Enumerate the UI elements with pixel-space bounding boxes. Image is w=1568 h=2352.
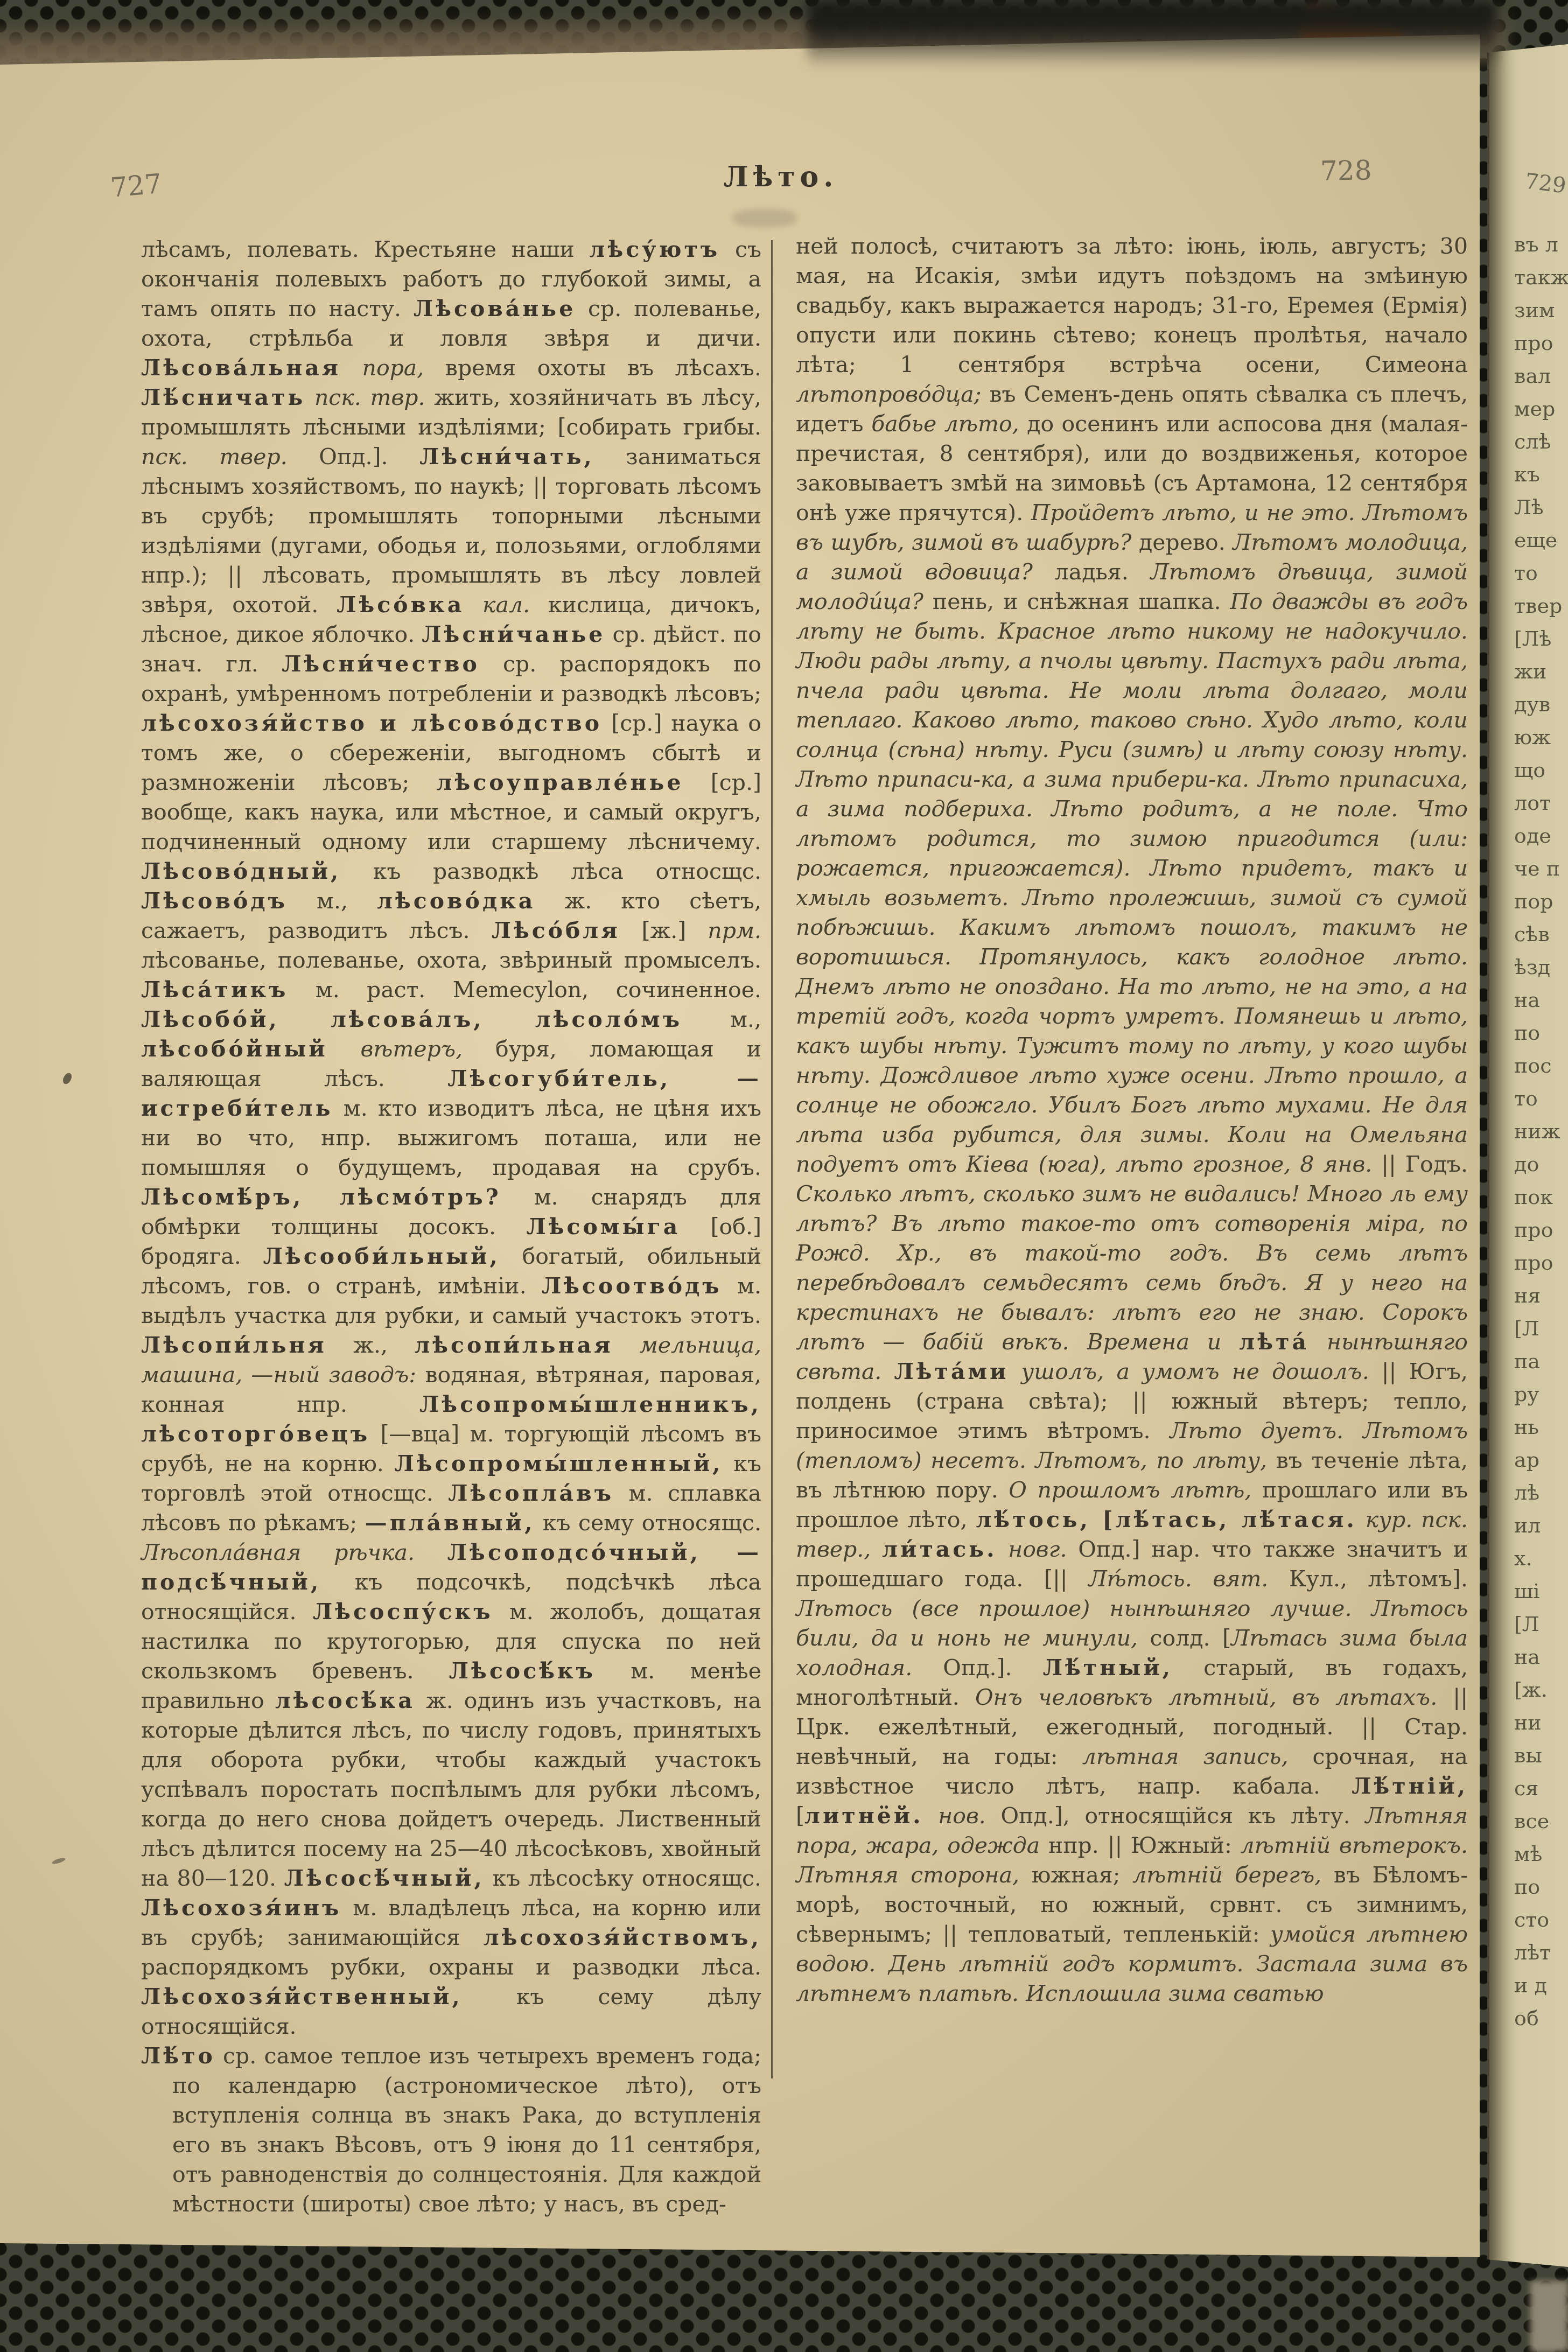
body-text: прм. <box>708 918 761 943</box>
edge-line-fragment: по <box>1514 1871 1568 1903</box>
edge-line-fragment: мѣ <box>1514 1838 1568 1871</box>
edge-line-fragment: еще <box>1514 524 1568 557</box>
edge-line-fragment: ѣзд <box>1514 951 1568 984</box>
headword-text: Лѣсопромы́шленный, <box>395 1451 723 1476</box>
edge-line-fragment: ся <box>1514 1772 1568 1805</box>
body-text: пора, <box>341 355 424 381</box>
body-text: южная; <box>1019 1862 1132 1888</box>
body-text: О прошломъ лѣтѣ, <box>1009 1477 1251 1503</box>
next-page-text-fragments: въ лтакжзимпровалмерслѣкъЛѣещетотвер[Лѣж… <box>1514 228 1568 2035</box>
edge-line-fragment: оде <box>1514 820 1568 852</box>
body-text: Кул., лѣтомъ]. <box>1268 1566 1468 1592</box>
body-text: Опд.], относящійся къ лѣту. <box>986 1803 1366 1829</box>
body-text: новг. <box>997 1536 1067 1562</box>
headword-text: Лѣсни́чанье <box>422 621 605 647</box>
headword-text: Лѣ́тный, <box>1043 1655 1173 1681</box>
headword-text: Лѣсоотво́дъ <box>542 1273 722 1299</box>
body-text: время охоты въ лѣсахъ. <box>424 355 761 381</box>
body-text: [ж.] <box>620 918 708 943</box>
edge-line-fragment: зим <box>1514 294 1568 327</box>
headword-text: Лѣсово́дный, <box>141 858 341 884</box>
text-column-right: ней полосѣ, считаютъ за лѣто: іюнь, іюль… <box>796 232 1468 2008</box>
ink-speck <box>51 1857 66 1865</box>
headword-text: лѣ́тось, [лѣ́тась, лѣ́тася. <box>976 1507 1356 1532</box>
headword-text: Лѣта́ми <box>894 1359 1009 1384</box>
edge-line-fragment: на <box>1514 1641 1568 1674</box>
headword-text: лѣсу́ютъ <box>589 236 720 262</box>
body-text: пск. твер. <box>141 444 288 470</box>
edge-line-fragment: пор <box>1514 885 1568 918</box>
body-text: [ <box>796 1803 804 1829</box>
body-text: м. раст. Memecylon, сочиненное. <box>289 977 762 1003</box>
edge-line-fragment: лѣ <box>1514 1476 1568 1509</box>
headword-text: Лѣса́тикъ <box>141 977 289 1003</box>
headword-text: лѣсоуправле́нье <box>437 769 684 795</box>
body-text: м., <box>288 888 377 914</box>
headword-text: Лѣсни́чество <box>282 651 480 677</box>
headword-text: лѣсохозя́йствомъ, <box>484 1924 761 1950</box>
edge-line-fragment: че п <box>1514 852 1568 885</box>
edge-line-fragment: къ <box>1514 458 1568 491</box>
headword-text: Лѣсомѣ́ръ, лѣсмо́тръ? <box>141 1184 501 1210</box>
body-text: м., <box>682 1006 761 1032</box>
edge-line-fragment: дув <box>1514 688 1568 721</box>
body-text: къ разводкѣ лѣса относщс. <box>341 858 761 884</box>
edge-line-fragment: то <box>1514 1082 1568 1115</box>
body-text: лѣтопрово́дца; <box>796 381 982 407</box>
body-text: || Годъ. <box>1372 1151 1468 1177</box>
edge-line-fragment: пос <box>1514 1049 1568 1082</box>
edge-line-fragment: все <box>1514 1805 1568 1838</box>
headword-text: Лѣсово́дъ <box>141 888 288 914</box>
body-text: солд. [ <box>1150 1625 1231 1651</box>
body-text: бабье лѣто, <box>871 411 1019 437</box>
headword-text: лѣсосѣ́ка <box>275 1688 415 1713</box>
headword-text: Лѣ́то <box>141 2043 215 2069</box>
headword-text: Лѣсохозя́йственный, <box>141 1984 463 2010</box>
edge-line-fragment: ші <box>1514 1575 1568 1608</box>
edge-line-fragment: х. <box>1514 1542 1568 1575</box>
edge-line-fragment: ни <box>1514 1706 1568 1739</box>
headword-text: Лѣсопла́въ <box>448 1480 614 1506</box>
edge-line-fragment: ру <box>1514 1378 1568 1411</box>
paragraph: лѣсамъ, полевать. Крестьяне наши лѣсу́ют… <box>141 235 761 2041</box>
headword-text: лѣсохозя́йство и лѣсово́дство <box>141 710 602 736</box>
body-text: ж. одинъ изъ участковъ, на которые дѣлит… <box>141 1688 761 1891</box>
edge-line-fragment: лѣт <box>1514 1936 1568 1969</box>
body-text: пск. твр. <box>305 384 425 410</box>
body-text: Опд.]. <box>912 1655 1043 1681</box>
edge-line-fragment: [ж. <box>1514 1674 1568 1706</box>
headword-text: Лѣ́тній, <box>1352 1773 1468 1799</box>
body-text: нпр. || Южный: <box>1040 1832 1240 1858</box>
headword-text: Лѣ́сничать <box>141 384 305 410</box>
headword-text: лѣсово́дка <box>377 888 535 914</box>
body-text: распорядкомъ рубки, охраны и разводки лѣ… <box>141 1954 761 1980</box>
body-text: Онъ человѣкъ лѣтный, въ лѣтахъ. <box>975 1684 1437 1710</box>
edge-line-fragment: [Лѣ <box>1514 622 1568 655</box>
edge-line-fragment: и д <box>1514 1969 1568 2002</box>
edge-line-fragment: по <box>1514 1017 1568 1049</box>
body-text: лѣсованье, полеванье, охота, звѣриный пр… <box>141 947 761 973</box>
body-text: ср. самое теплое изъ четырехъ временъ го… <box>172 2043 761 2217</box>
edge-line-fragment: юж <box>1514 721 1568 754</box>
headword-text: Лѣсомы́га <box>526 1214 680 1240</box>
screenshot-root: { "document": { "kind": "dictionary-page… <box>0 0 1568 2352</box>
body-text: къ сему относящс. <box>535 1510 761 1536</box>
headword-text: лѣта́ <box>1239 1329 1309 1355</box>
headword-text: Лѣсо́бля <box>492 918 620 943</box>
body-text: Лѣ́тось. вят. <box>1088 1566 1268 1592</box>
body-text: дерево. <box>1132 529 1233 555</box>
edge-line-fragment: такж <box>1514 261 1568 294</box>
headword-text: лѣсобо́йный <box>141 1036 328 1062</box>
next-page-edge: 729 въ лтакжзимпровалмерслѣкъЛѣещетотвер… <box>1487 0 1568 2352</box>
body-text: лѣтная запись, <box>1082 1744 1289 1769</box>
body-text: По дважды въ годъ лѣту не быть. Красное … <box>796 589 1468 1177</box>
headword-text: Лѣсохозя́инъ <box>141 1895 342 1921</box>
headword-text: Лѣсоспу́скъ <box>313 1599 493 1625</box>
running-head-title: Лѣто. <box>635 160 926 193</box>
headword-text: Лѣсова́нье <box>414 296 576 321</box>
body-text: ладья. <box>1033 559 1151 585</box>
edge-line-fragment: що <box>1514 754 1568 787</box>
headword-text: ли́тась. <box>882 1536 997 1562</box>
edge-line-fragment: на <box>1514 984 1568 1017</box>
body-text: ж., <box>327 1332 415 1358</box>
paragraph: ней полосѣ, считаютъ за лѣто: іюнь, іюль… <box>796 232 1468 2008</box>
edge-line-fragment: Лѣ <box>1514 491 1568 524</box>
body-text: вѣтеръ, <box>328 1036 463 1062</box>
edge-line-fragment: мер <box>1514 393 1568 425</box>
text-column-left: лѣсамъ, полевать. Крестьяне наши лѣсу́ют… <box>141 235 761 2219</box>
headword-text: —пла́вный, <box>365 1510 535 1536</box>
body-text: къ лѣсосѣку относящс. <box>485 1865 761 1891</box>
edge-line-fragment: нь <box>1514 1411 1568 1444</box>
body-text: кал. <box>464 592 530 618</box>
edge-line-fragment: сѣв <box>1514 918 1568 951</box>
headword-text: Лѣсова́льная <box>141 355 341 381</box>
headword-text: литнёй. <box>804 1803 923 1829</box>
body-text: ушолъ, а умомъ не дошолъ. <box>1009 1359 1369 1384</box>
edge-line-fragment: пок <box>1514 1181 1568 1214</box>
headword-text: Лѣсни́чать, <box>419 444 594 470</box>
edge-line-fragment: па <box>1514 1345 1568 1378</box>
edge-line-fragment: сто <box>1514 1903 1568 1936</box>
edge-line-fragment: до <box>1514 1148 1568 1181</box>
ink-speck <box>61 1072 74 1086</box>
edge-line-fragment: то <box>1514 557 1568 590</box>
edge-line-fragment: про <box>1514 1247 1568 1279</box>
page-number-right: 728 <box>1320 155 1372 187</box>
edge-line-fragment: твер <box>1514 590 1568 622</box>
edge-line-fragment: жи <box>1514 655 1568 688</box>
paragraph: Лѣ́то ср. самое теплое изъ четырехъ врем… <box>141 2041 761 2219</box>
scanned-page-727-728: 727 Лѣто. 728 лѣсамъ, полевать. Крестьян… <box>0 0 1480 2352</box>
page-stack-edge <box>1530 2281 1568 2352</box>
edge-line-fragment: про <box>1514 327 1568 360</box>
body-text: лѣтній берегъ, <box>1132 1862 1321 1888</box>
edge-line-fragment: ил <box>1514 1509 1568 1542</box>
body-text: ней полосѣ, считаютъ за лѣто: іюнь, іюль… <box>796 233 1468 377</box>
body-text: Опд.]. <box>288 444 419 470</box>
edge-line-fragment: [Л <box>1514 1608 1568 1641</box>
body-text: Лѣсопла́вная рѣчка. <box>141 1539 447 1565</box>
edge-line-fragment: об <box>1514 2002 1568 2035</box>
page-number-left: 727 <box>109 168 163 204</box>
edge-line-fragment: вы <box>1514 1739 1568 1772</box>
edge-line-fragment: вал <box>1514 360 1568 393</box>
edge-line-fragment: въ л <box>1514 228 1568 261</box>
headword-text: Лѣсопи́льня <box>141 1332 327 1358</box>
body-text: лѣсамъ, полевать. Крестьяне наши <box>141 236 589 262</box>
column-divider-rule <box>771 240 773 2078</box>
edge-line-fragment: слѣ <box>1514 425 1568 458</box>
headword-text: Лѣсо́вка <box>337 592 464 618</box>
headword-text: лѣсопи́льная <box>414 1332 613 1358</box>
edge-line-fragment: ня <box>1514 1279 1568 1312</box>
edge-line-fragment: ниж <box>1514 1115 1568 1148</box>
ink-smudge <box>732 209 797 227</box>
headword-text: Лѣсооби́льный, <box>263 1243 500 1269</box>
edge-line-fragment: про <box>1514 1214 1568 1247</box>
headword-text: Лѣсосѣ́чный, <box>284 1865 485 1891</box>
body-text: нов. <box>923 1803 986 1829</box>
edge-line-fragment: лот <box>1514 787 1568 820</box>
headword-text: Лѣсосѣ́къ <box>449 1658 596 1684</box>
next-page-number: 729 <box>1523 169 1567 199</box>
edge-line-fragment: ар <box>1514 1444 1568 1476</box>
body-text: пень, и снѣжная шапка. <box>923 589 1230 614</box>
edge-line-fragment: [Л <box>1514 1312 1568 1345</box>
headword-text: Лѣсобо́й, лѣсова́лъ, лѣсоло́мъ <box>141 1006 682 1032</box>
